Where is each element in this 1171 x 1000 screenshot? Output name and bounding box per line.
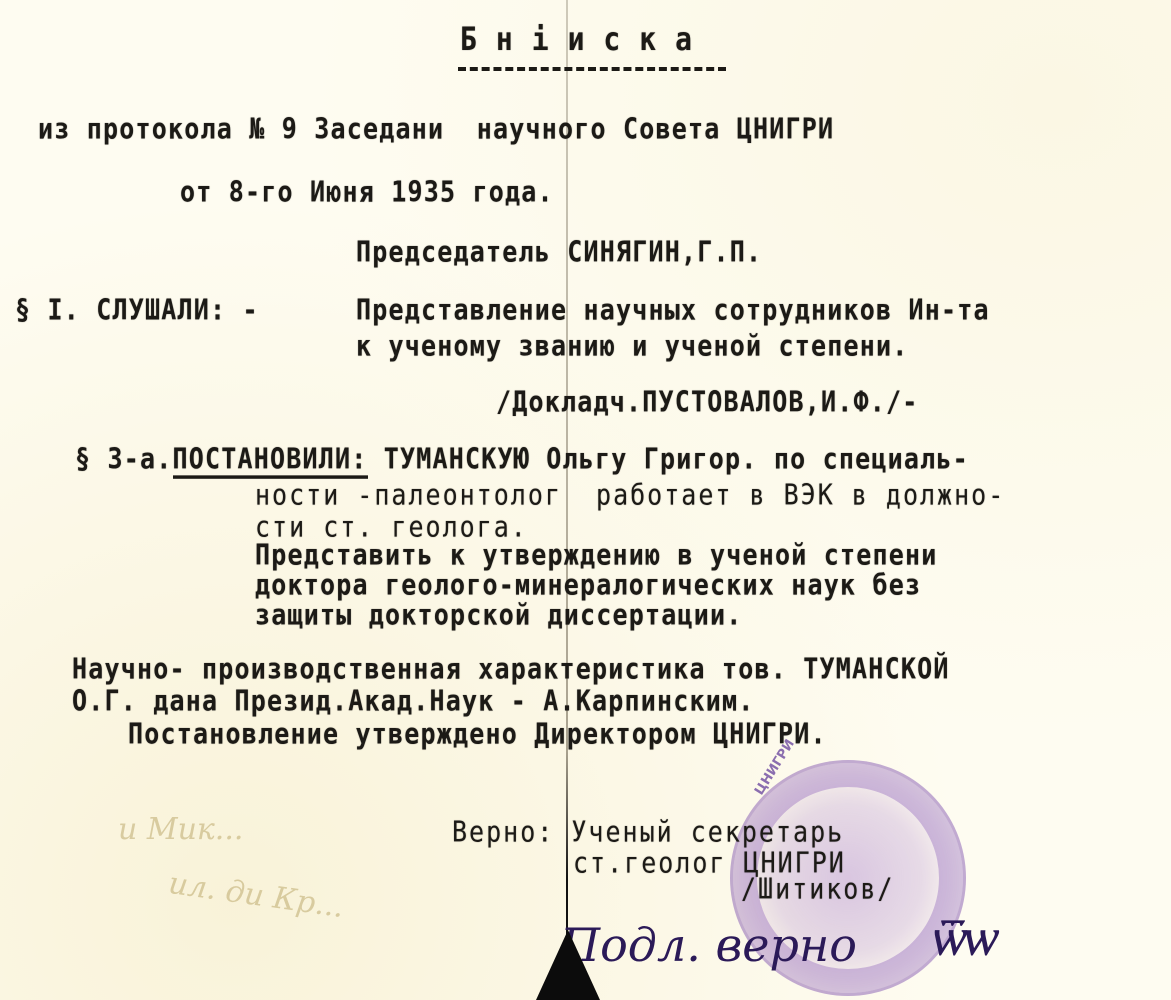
section1-speaker: /Докладч.ПУСТОВАЛОВ,И.Ф./-: [496, 385, 919, 418]
section1-text-2: к ученому званию и ученой степени.: [356, 329, 909, 362]
document-title: Бнiиска: [460, 20, 711, 58]
footer-line-2: О.Г. дана Презид.Акад.Наук - А.Карпински…: [72, 684, 755, 717]
faded-pencil-note-1: и Мик...: [118, 812, 243, 847]
chairman-line: Председатель СИНЯГИН,Г.П.: [356, 235, 762, 268]
protocol-line: из протокола № 9 Заседани научного Совет…: [38, 112, 834, 145]
section1-label: § I. СЛУШАЛИ: -: [15, 293, 259, 326]
footer-line-3: Постановление утверждено Директором ЦНИГ…: [128, 717, 827, 750]
handwritten-verification: Подл. верно: [560, 918, 857, 972]
section3-label: ПОСТАНОВИЛИ:: [173, 442, 368, 479]
section3-prefix: § 3-а.: [75, 442, 173, 475]
signature-title: Верно: Ученый секретарь: [452, 815, 844, 848]
date-line: от 8-го Июня 1935 года.: [180, 175, 554, 208]
section3-first-line-rest: ТУМАНСКУЮ Ольгу Григор. по специаль-: [368, 442, 969, 475]
signature-name: /Шитиков/: [741, 872, 894, 905]
footer-line-1: Научно- производственная характеристика …: [72, 652, 950, 685]
title-underline: [458, 67, 726, 71]
section3-text-5: защиты докторской диссертации.: [255, 598, 743, 631]
section1-text-1: Представление научных сотрудников Ин-та: [356, 293, 990, 326]
section3-first-line: § 3-а.ПОСТАНОВИЛИ: ТУМАНСКУЮ Ольгу Григо…: [75, 442, 969, 475]
section3-text-4: доктора геолого-минералогических наук бе…: [255, 568, 921, 601]
paper-tear: [536, 930, 600, 1000]
handwritten-signature: ѿѡ: [930, 905, 999, 968]
section3-text-1: ности -палеонтолог работает в ВЭК в долж…: [255, 478, 1005, 511]
section3-text-3: Представить к утверждению в ученой степе…: [255, 538, 938, 571]
